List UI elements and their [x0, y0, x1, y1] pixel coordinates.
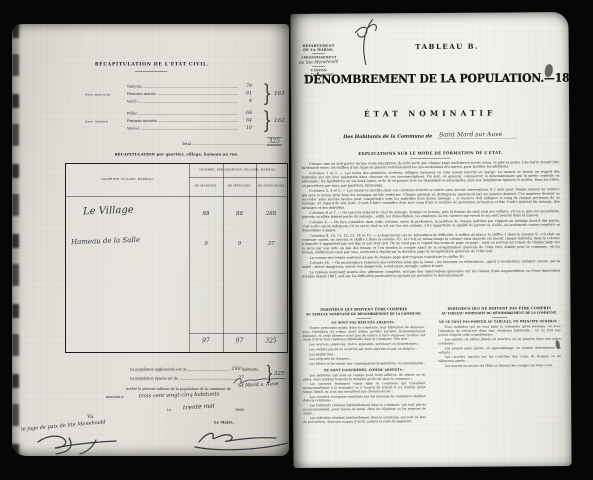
- total-label: Total: [182, 142, 191, 147]
- population-eparse-line: La population éparse est de37: [130, 375, 245, 381]
- commune-handwriting: St Mard s. Auve: [238, 381, 279, 389]
- line-value: 288: [232, 366, 242, 372]
- row-label: Femmes mariées: [127, 119, 157, 123]
- arrondissement-handwriting: de Ste Menehould: [297, 59, 341, 66]
- maire-signature: [190, 427, 289, 453]
- rules-columns: INDIVIDUS QUI DOIVENT ÊTRE COMPRIS AU TA…: [302, 306, 561, 425]
- dotted-leader: [157, 92, 237, 96]
- title-rule: [135, 71, 167, 72]
- dotted-leader: [179, 376, 236, 380]
- row-label: Veufs: [127, 100, 137, 104]
- list-item: Les habitants résidant habituellement da…: [303, 403, 426, 415]
- table-total: 97: [229, 337, 251, 344]
- left-page: RÉCAPITULATION DE L'ÉTAT CIVIL. Sexe mas…: [12, 24, 289, 456]
- table-total: 325: [260, 337, 282, 344]
- dotted-leader: [141, 126, 238, 130]
- tableau-b-title: TABLEAU B.: [351, 42, 544, 51]
- right-page: DÉPARTEMENT DE LA MARNE. ARRONDISSEMENT …: [290, 12, 571, 468]
- section-caption: NE SONT PAS RÉPUTÉS ABSENTS :: [303, 321, 426, 325]
- table-cell-value: 9: [195, 240, 217, 247]
- exclude-column: INDIVIDUS QUI NE DOIVENT PAS ÊTRE COMPRI…: [438, 306, 561, 424]
- dotted-leader: [143, 84, 237, 88]
- table-row-name: Hameau de la Salle: [71, 236, 140, 246]
- column-header: QUARTIER, VILLAGE, HAMEAU.: [66, 164, 189, 196]
- departement-name: DE LA MARNE.: [297, 48, 341, 52]
- divider: [356, 318, 371, 319]
- column-header: INDIVIDUS QUI DOIVENT ÊTRE COMPRIS: [302, 307, 425, 312]
- divider: [312, 66, 325, 67]
- row-value: 68: [239, 110, 252, 116]
- row-label: Garçons: [127, 85, 142, 89]
- list-item: Les ouvriers étrangers venus dans la com…: [303, 382, 426, 394]
- totals-rule: [189, 333, 287, 334]
- explications-title: EXPLICATIONS SUR LE MODE DE FORMATION DE…: [291, 150, 569, 156]
- population-agglomeree-line: La population agglomérée est de288habita…: [130, 366, 259, 372]
- list-item: Les jeunes gens placés en apprentissage …: [438, 346, 561, 355]
- male-group-label: Sexe masculin: [85, 93, 110, 97]
- civil-row: Garçons78: [127, 83, 252, 89]
- etat-nominatif-title: ÉTAT NOMINATIF: [291, 108, 569, 119]
- vu-handwriting: Vu: [87, 414, 94, 420]
- row-value: 84: [239, 118, 252, 124]
- list-item: Les ouvriers voyageurs employés par les …: [303, 394, 426, 403]
- commune-handwriting: Saint Mard sur Auve: [437, 130, 517, 139]
- divider: [492, 317, 507, 318]
- instruction-paragraph: Colonnes 3, 4 et 5. — Les numéros inscri…: [302, 187, 560, 210]
- instruction-paragraph: Colonnes 9, 10, 11, 12, 13, 14 et 15. — …: [302, 232, 560, 255]
- column-group-header: NOMBRE, PAR QUARTIER, VILLAGE, HAMEAU.: [189, 164, 287, 177]
- row-value: 4: [239, 98, 252, 104]
- row-label: Filles: [127, 112, 137, 116]
- title-rule: [410, 158, 450, 159]
- row-label: Hommes mariés: [127, 92, 156, 96]
- table-total: 97: [195, 337, 217, 344]
- list-item: Les enfants ou élèves placés en nourrice…: [438, 337, 561, 346]
- total-value: 325: [267, 137, 282, 146]
- line-label: La population éparse est de: [130, 377, 178, 381]
- column-header: INDIVIDUS QUI NE DOIVENT PAS ÊTRE COMPRI…: [438, 306, 561, 311]
- civil-row: Veufs4: [127, 98, 252, 104]
- row-value: 78: [239, 83, 252, 89]
- civil-row: Hommes mariés81: [127, 91, 252, 97]
- instructions-text: Chaque case ne doit porter qu'une seule …: [301, 160, 560, 279]
- row-value: 10: [239, 125, 252, 131]
- dotted-leader: [138, 111, 237, 115]
- table-cell-value: 88: [195, 210, 217, 217]
- brace: }: [263, 82, 273, 105]
- subtitle-line: Des Habitants de la Commune de Saint Mar…: [343, 130, 517, 139]
- column-header: DE MÉNAGES.: [223, 177, 256, 196]
- table-divider: [66, 196, 287, 197]
- list-item: Les ouvriers inscrits sur les contrôles …: [438, 355, 561, 364]
- montant-label: montant à: [106, 395, 124, 399]
- dotted-leader: [138, 99, 237, 103]
- row-label: Veuves: [127, 127, 139, 131]
- instruction-paragraph: Colonnes 1 et 2. — Les noms des quartier…: [302, 169, 560, 188]
- dotted-leader: [159, 119, 238, 123]
- table-row-name: Le Village: [83, 203, 134, 217]
- column-subheader: AU TABLEAU NOMINATIF DU DÉNOMBREMENT DE …: [303, 312, 426, 316]
- column-header: DE PERSONNES.: [256, 177, 287, 196]
- dotted-leader: [188, 367, 230, 371]
- line-label: La population agglomérée est de: [130, 368, 187, 372]
- date-handwriting: trente mai: [183, 402, 215, 411]
- female-total: 162: [274, 117, 285, 124]
- column-subheader: AU TABLEAU NOMINATIF DU DÉNOMBREMENT DE …: [438, 311, 561, 315]
- dotted-leader: [193, 142, 266, 146]
- quartier-table: QUARTIER, VILLAGE, HAMEAU. NOMBRE, PAR Q…: [65, 163, 288, 353]
- column-text: Toutes personnes ayant, dans la commune,…: [303, 326, 426, 342]
- recap-etat-civil-title: RÉCAPITULATION DE L'ÉTAT CIVIL.: [52, 62, 252, 67]
- section-caption: NE SE FONT PAS PORTER AU TABLEAU, EN PRI…: [438, 320, 561, 324]
- table-cell-value: 37: [260, 240, 282, 247]
- female-group-label: Sexe féminin: [85, 120, 108, 124]
- divider: [312, 53, 325, 54]
- date-le-label: Le: [167, 408, 171, 412]
- column-text: Tous individus qui ne sont dans la commu…: [438, 325, 561, 337]
- list-item: Les marins au service de l'État ou faisa…: [438, 363, 561, 368]
- line-unit: habitants.: [242, 368, 259, 372]
- civil-row: Femmes mariées84: [127, 118, 252, 124]
- subtitle-label: Des Habitants de la Commune de: [343, 133, 432, 139]
- main-title: DÉNOMBREMENT DE LA POPULATION.—1866.: [304, 71, 557, 86]
- quartier-table-title: RÉCAPITULATION par quartier, village, ha…: [65, 152, 288, 157]
- left-signature: [32, 431, 142, 455]
- column-header: DE MAISONS.: [189, 177, 223, 196]
- civil-total-line: Total325: [182, 137, 282, 146]
- maire-label: Le Maire,: [214, 420, 234, 425]
- table-cell-value: 288: [260, 210, 282, 217]
- instruction-paragraph: Colonnes 6 et 7. — On inscrira d'abord l…: [302, 209, 560, 219]
- list-item: Les élèves et les sœurs des congrégation…: [303, 362, 426, 367]
- folio-handwriting: [346, 17, 381, 65]
- table-cell-value: 9: [229, 240, 251, 247]
- montant-handwriting: trois cent vingt-cinq habitants: [139, 391, 219, 399]
- male-total: 163: [274, 90, 285, 97]
- list-item: Les individus qui sont en voyage pour le…: [303, 373, 426, 382]
- include-column: INDIVIDUS QUI DOIVENT ÊTRE COMPRIS AU TA…: [302, 307, 425, 425]
- instruction-paragraph: Le tableau nominatif pourra être utileme…: [302, 268, 560, 278]
- instruction-paragraph: Colonne 8. — On fera connaître dans cett…: [302, 218, 560, 232]
- civil-row: Veuves10: [127, 125, 252, 131]
- list-item: Les individus résidant habituellement da…: [303, 416, 426, 425]
- year-label: 1866.: [235, 408, 245, 412]
- section-caption: NE SONT CONSIDÉRÉS, COMME ABSENTS :: [303, 368, 426, 372]
- civil-row: Filles68: [127, 110, 252, 116]
- row-value: 81: [239, 91, 252, 97]
- brace: }: [263, 109, 273, 132]
- table-cell-value: 88: [229, 210, 251, 217]
